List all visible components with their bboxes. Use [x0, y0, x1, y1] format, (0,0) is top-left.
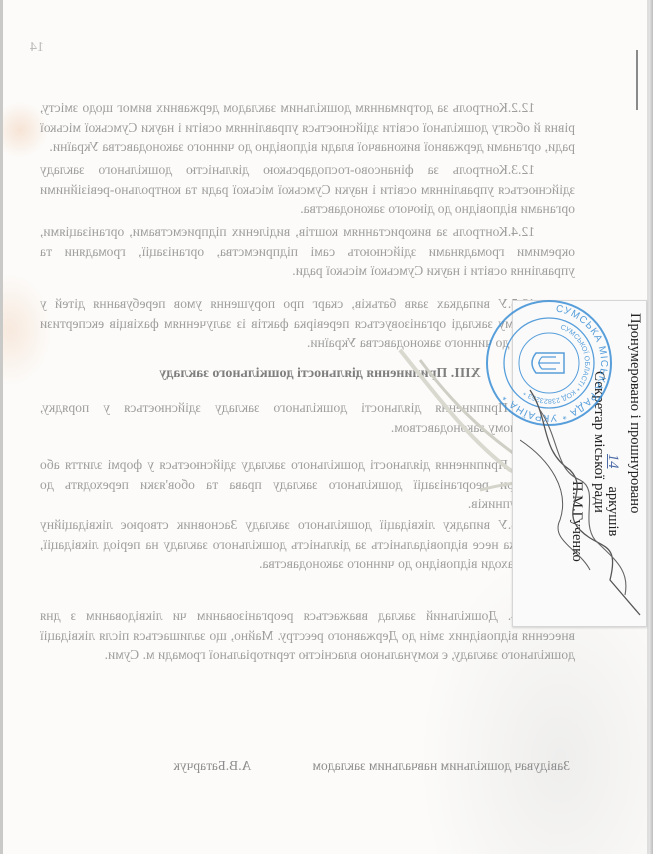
paragraph-13-3: 13.3.У випадку ліквідації дошкільного за… [40, 515, 575, 574]
binding-hole-mark [636, 50, 638, 110]
signature-line: Завідувач дошкільним навчальним закладом… [60, 758, 570, 774]
signature-role: Завідувач дошкільним навчальним закладом [313, 758, 570, 773]
paragraph-12-2: 12.2.Контроль за дотриманням дошкільним … [40, 98, 575, 157]
scanned-page: 14 12.2.Контроль за дотриманням дошкільн… [0, 0, 653, 854]
paragraph-13-4: 13.4. Дошкільний заклад вважається реорг… [40, 606, 575, 665]
page-number: 14 [30, 40, 44, 56]
page-left-edge [0, 0, 3, 854]
paragraph-12-3: 12.3.Контроль за фінансово-господарською… [40, 160, 575, 219]
paragraph-12-4: 12.4.Контроль за використанням коштів, в… [40, 222, 575, 281]
signature-name: А.В.Батарчук [173, 758, 251, 773]
handwritten-signature [520, 380, 650, 620]
